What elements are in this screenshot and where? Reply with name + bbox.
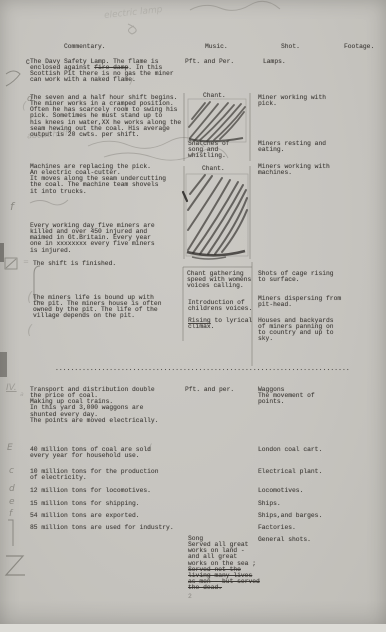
top-pencil-note: electric lamp: [104, 5, 163, 21]
margin-list-mark-2: d: [9, 484, 15, 494]
section-iv-sub: a: [20, 391, 24, 398]
row-casualties-commentary: Every working day five miners are killed…: [30, 223, 155, 254]
pencil-paren-3: (: [27, 323, 32, 338]
tons-row-0-commentary: 40 million tons of coal are sold every y…: [30, 447, 151, 459]
bottom-scan-strip: [0, 624, 386, 632]
tons-row-3-shot: Ships.: [258, 501, 281, 507]
row-song-shot: General shots.: [258, 537, 311, 543]
tons-row-4-shot: Ships,and barges.: [258, 513, 322, 519]
row-shift-shot: Miner working with pick.: [258, 95, 326, 107]
tons-row-4-commentary: 54 million tons are exported.: [30, 513, 140, 519]
row-lyrical-shot: Houses and backyards of miners panning o…: [258, 318, 334, 343]
footage-header: Footage.: [344, 44, 374, 50]
row-machines-music-label: Chant.: [202, 166, 225, 172]
pencil-paren-1: (: [22, 99, 26, 112]
section-iv-label: IV.: [6, 383, 17, 393]
row-lamp-music: Pft. and Per.: [185, 59, 234, 65]
hatch-sketch-1: [188, 99, 246, 142]
row-machines-shot: Miners working with machines.: [258, 164, 330, 176]
tons-row-5-shot: Factories.: [258, 525, 296, 531]
row-minerslife-shot: Miners dispersing from pit-head.: [258, 296, 341, 308]
dotted-separator: ........................................…: [55, 366, 350, 372]
tons-row-2-shot: Locomotives.: [258, 488, 303, 494]
tons-row-3-commentary: 15 million tons for shipping.: [30, 501, 140, 507]
row-snatches-shot: Miners resting and eating.: [258, 141, 326, 153]
tons-row-1-commentary: 10 million tons for the production of el…: [30, 469, 158, 481]
row-transport-shot: Waggons The movement of points.: [258, 387, 315, 405]
margin-list-mark-0: E: [7, 443, 13, 453]
margin-list-mark-3: e: [9, 497, 15, 507]
row-transport-music: Pft. and per.: [185, 387, 234, 393]
tons-row-0-shot: London coal cart.: [258, 447, 322, 453]
row-cage-music: Chant gathering speed with womens voices…: [187, 271, 251, 289]
bottom-scan-shadow: [0, 600, 386, 624]
row-snatches-music: Snatches of song and whistling.: [188, 141, 230, 159]
row-cage-shot: Shots of cage rising to surface.: [258, 271, 334, 283]
pencil-slash-mark-2: /: [148, 443, 151, 453]
row-lamp-shot: Lamps.: [263, 59, 286, 65]
music-header: Music.: [205, 44, 228, 50]
row-shift-music-label: Chant.: [203, 93, 226, 99]
row-song-struck-lines: Served not the living many lives as men …: [188, 567, 260, 592]
tons-row-2-commentary: 12 million tons for locomotives.: [30, 488, 151, 494]
margin-list-mark-4: f: [9, 509, 12, 519]
row-machines-commentary: Machines are replacing the pick. An elec…: [30, 164, 166, 195]
margin-mark-row3: f: [10, 200, 14, 213]
row-transport-commentary: Transport and distribution double the pr…: [30, 387, 158, 424]
scanned-script-page: Commentary. Music. Shot. Footage. C The …: [0, 0, 386, 632]
shot-header: Shot.: [281, 44, 300, 50]
scan-edge-smudges: [0, 243, 7, 377]
hatch-sketch-2: [183, 174, 248, 259]
pencil-slash-mark: /: [130, 77, 133, 87]
tons-row-1-shot: Electrical plant.: [258, 469, 322, 475]
commentary-header: Commentary.: [64, 44, 106, 50]
pencil-paren-2: (: [27, 290, 32, 305]
margin-list-mark-1: c: [9, 466, 14, 476]
row-minerslife-music: Introduction of childrens voices.: [188, 300, 252, 312]
row-shiftend-commentary: The shift is finished.: [33, 261, 116, 267]
pencil-equals-mark: =: [23, 258, 29, 266]
tons-row-5-commentary: 85 million tons are used for industry.: [30, 525, 174, 531]
about-half-note: about half: [27, 129, 68, 141]
row-minerslife-commentary: The miners life is bound up with the pit…: [33, 295, 161, 320]
row-lamp-commentary: The Davy Safety Lamp. The flame is enclo…: [30, 59, 174, 84]
row-lyrical-music: Rising to lyrical climax.: [188, 318, 252, 330]
row-song-music: Song Served all great works on land - an…: [188, 536, 256, 567]
